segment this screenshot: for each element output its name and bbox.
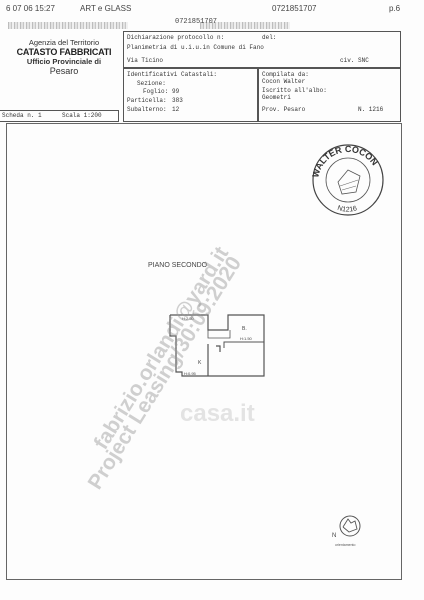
- date-label: del:: [262, 34, 276, 41]
- north-label: N: [332, 533, 336, 539]
- protocol-label: Dichiarazione protocollo n:: [127, 34, 224, 41]
- subalterno-label: Subalterno:: [127, 106, 167, 113]
- subalterno-value: 12: [172, 106, 179, 113]
- room-k-label: K: [198, 360, 202, 366]
- svg-text:N1216: N1216: [336, 205, 358, 214]
- stamp-number: N1216: [336, 205, 358, 214]
- scan-noise: [8, 22, 128, 29]
- fax-phone-repeat: 0721851707: [175, 18, 217, 26]
- address: Via Ticino: [127, 57, 163, 64]
- cadastral-title: Identificativi Catastali:: [127, 71, 217, 78]
- fax-sender: ART e GLASS: [80, 4, 131, 13]
- agency-office: Ufficio Provinciale di: [10, 57, 118, 66]
- agency-city: Pesaro: [10, 66, 118, 76]
- particella-value: 383: [172, 97, 183, 104]
- province: Prov. Pesaro: [262, 106, 305, 113]
- foglio-value: 99: [172, 88, 179, 95]
- watermark-site: casa.it: [180, 400, 320, 440]
- room-b-label: B.: [242, 326, 247, 332]
- registered-value: Geometri: [262, 94, 291, 101]
- height-label-2: H:1.50: [240, 336, 253, 341]
- sheet-number: Scheda n. 1: [2, 112, 42, 119]
- description: Planimetria di u.i.u.in Comune di Fano: [127, 44, 264, 51]
- compiled-name: Cocon Walter: [262, 78, 305, 85]
- registration-number: N. 1216: [358, 106, 383, 113]
- agency-name: Agenzia del Territorio: [10, 38, 118, 47]
- sheet-scale: Scala 1:200: [62, 112, 102, 119]
- compiled-label: Compilata da:: [262, 71, 309, 78]
- surveyor-stamp: WALTER COCON N1216: [308, 142, 388, 222]
- fax-page: p.6: [389, 4, 400, 13]
- foglio-label: Foglio:: [143, 88, 168, 95]
- agency-block: Agenzia del Territorio CATASTO FABBRICAT…: [10, 38, 118, 76]
- fax-phone: 0721851707: [272, 4, 317, 13]
- particella-label: Particella:: [127, 97, 167, 104]
- fax-datetime: 6 07 06 15:27: [6, 4, 55, 13]
- height-label-3: H:0.95: [184, 371, 197, 376]
- north-caption: orientamento: [335, 543, 355, 547]
- sezione-label: Sezione:: [137, 80, 166, 87]
- civic: civ. SNC: [340, 57, 369, 64]
- registered-label: Iscritto all'albo:: [262, 87, 327, 94]
- north-arrow-icon: [337, 513, 363, 539]
- agency-catasto: CATASTO FABBRICATI: [10, 47, 118, 57]
